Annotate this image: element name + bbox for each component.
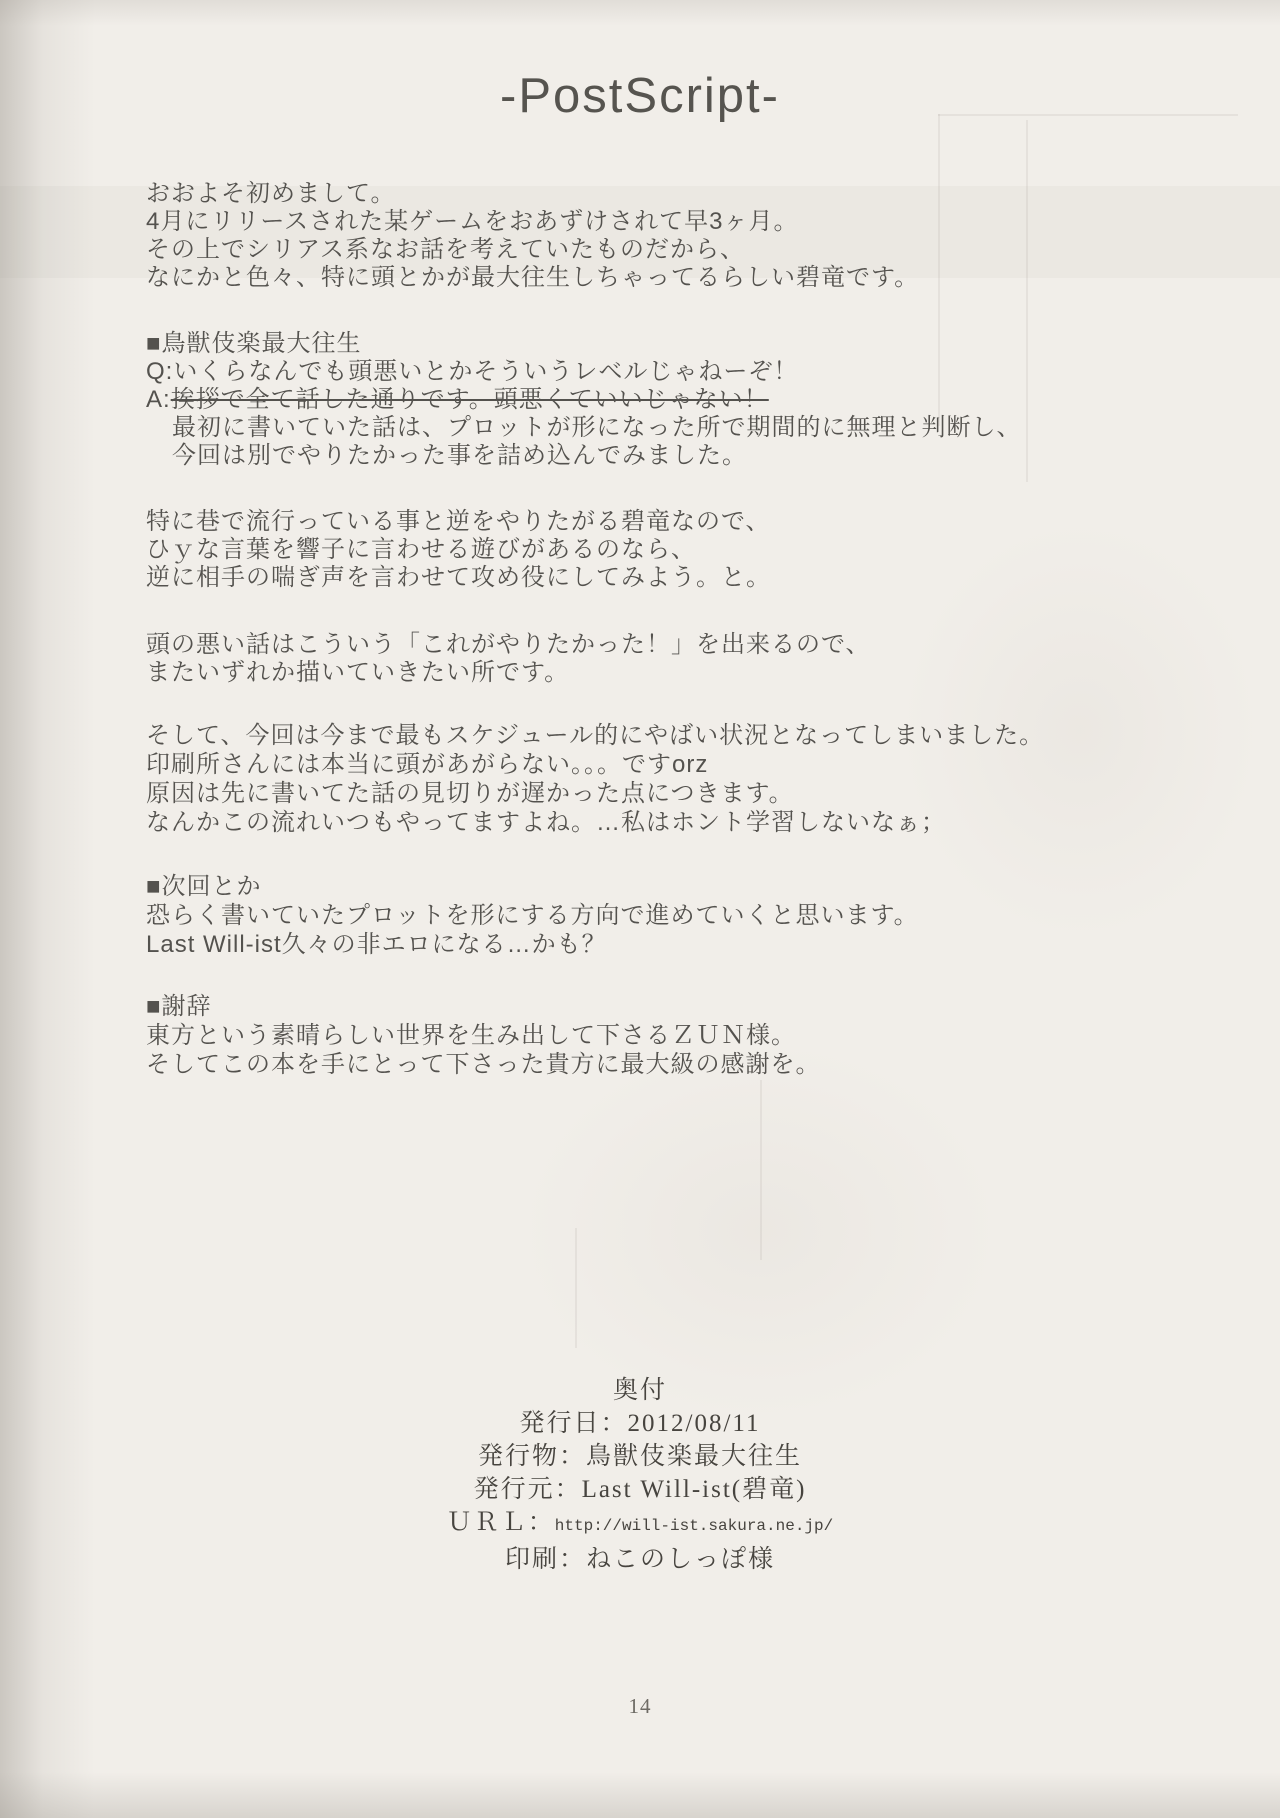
colophon-date: 発行日：2012/08/11	[0, 1407, 1280, 1440]
text-line: なんかこの流れいつもやってますよね。…私はホント学習しないなぁ；	[146, 808, 1044, 837]
colophon-printer: 印刷：ねこのしっぽ様	[0, 1543, 1280, 1576]
next-time-section: ■次回とか 恐らく書いていたプロットを形にする方向で進めていくと思います。 La…	[146, 872, 919, 959]
thanks-section: ■謝辞 東方という素晴らしい世界を生み出して下さるＺＵＮ様。 そしてこの本を手に…	[146, 992, 821, 1079]
text-line: 原因は先に書いてた話の見切りが遅かった点につきます。	[146, 779, 1044, 808]
section-heading: ■鳥獣伎楽最大往生	[146, 330, 1022, 358]
scan-ghost-artifact	[1026, 120, 1028, 482]
answer-prefix: A:	[146, 386, 171, 413]
text-line: ひｙな言葉を響子に言わせる遊びがあるのなら、	[146, 536, 771, 564]
colophon: 奥付 発行日：2012/08/11 発行物：鳥獣伎楽最大往生 発行元：Last …	[0, 1374, 1280, 1576]
answer-struck-text: 挨拶で全て話した通りです。頭悪くていいじゃない！	[171, 386, 769, 413]
qa-section: ■鳥獣伎楽最大往生 Q:いくらなんでも頭悪いとかそういうレベルじゃねーぞ！ A:…	[146, 330, 1022, 470]
text-line: 東方という素晴らしい世界を生み出して下さるＺＵＮ様。	[146, 1021, 821, 1050]
text-line: 4月にリリースされた某ゲームをおあずけされて早3ヶ月。	[146, 208, 919, 236]
colophon-url-row: ＵＲＬ：http://will-ist.sakura.ne.jp/	[0, 1506, 1280, 1543]
text-line: 印刷所さんには本当に頭があがらない。。。ですorz	[146, 750, 1044, 779]
text-line: Last Will-ist久々の非エロになる…かも？	[146, 930, 919, 959]
scan-ghost-artifact	[575, 1228, 577, 1348]
page-number: 14	[0, 1694, 1280, 1719]
reverse-paragraph: 特に巷で流行っている事と逆をやりたがる碧竜なので、 ひｙな言葉を響子に言わせる遊…	[146, 508, 771, 592]
text-line: 特に巷で流行っている事と逆をやりたがる碧竜なので、	[146, 508, 771, 536]
page-title: -PostScript-	[0, 68, 1280, 124]
section-heading: ■次回とか	[146, 872, 919, 901]
text-line: そして、今回は今まで最もスケジュール的にやばい状況となってしまいました。	[146, 721, 1044, 750]
scan-shadow-top	[0, 0, 1280, 26]
answer-line: A:挨拶で全て話した通りです。頭悪くていいじゃない！	[146, 386, 1022, 414]
text-line: またいずれか描いていきたい所です。	[146, 659, 871, 687]
text-line: その上でシリアス系なお話を考えていたものだから、	[146, 236, 919, 264]
colophon-heading: 奥付	[0, 1374, 1280, 1407]
colophon-publisher: 発行元：Last Will-ist(碧竜)	[0, 1473, 1280, 1506]
text-line: なにかと色々、特に頭とかが最大往生しちゃってるらしい碧竜です。	[146, 264, 919, 292]
colophon-work: 発行物：鳥獣伎楽最大往生	[0, 1440, 1280, 1473]
section-heading: ■謝辞	[146, 992, 821, 1021]
intro-paragraph: おおよそ初めまして。 4月にリリースされた某ゲームをおあずけされて早3ヶ月。 そ…	[146, 180, 919, 292]
url-value: http://will-ist.sakura.ne.jp/	[555, 1517, 833, 1535]
text-line: 頭の悪い話はこういう「これがやりたかった！」を出来るので、	[146, 631, 871, 659]
text-line: 恐らく書いていたプロットを形にする方向で進めていくと思います。	[146, 901, 919, 930]
silly-paragraph: 頭の悪い話はこういう「これがやりたかった！」を出来るので、 またいずれか描いてい…	[146, 631, 871, 687]
text-line: そしてこの本を手にとって下さった貴方に最大級の感謝を。	[146, 1050, 821, 1079]
text-line: 今回は別でやりたかった事を詰め込んでみました。	[146, 442, 1022, 470]
scan-ghost-artifact	[760, 1080, 762, 1260]
scan-shadow-bottom	[0, 1772, 1280, 1818]
text-line: 最初に書いていた話は、プロットが形になった所で期間的に無理と判断し、	[146, 414, 1022, 442]
url-label: ＵＲＬ：	[447, 1509, 555, 1536]
scanned-postscript-page: -PostScript- おおよそ初めまして。 4月にリリースされた某ゲームをお…	[0, 0, 1280, 1818]
schedule-paragraph: そして、今回は今まで最もスケジュール的にやばい状況となってしまいました。 印刷所…	[146, 721, 1044, 837]
text-line: 逆に相手の喘ぎ声を言わせて攻め役にしてみよう。と。	[146, 564, 771, 592]
question-line: Q:いくらなんでも頭悪いとかそういうレベルじゃねーぞ！	[146, 358, 1022, 386]
text-line: おおよそ初めまして。	[146, 180, 919, 208]
scan-bleedthrough-blob	[520, 1040, 1000, 1420]
